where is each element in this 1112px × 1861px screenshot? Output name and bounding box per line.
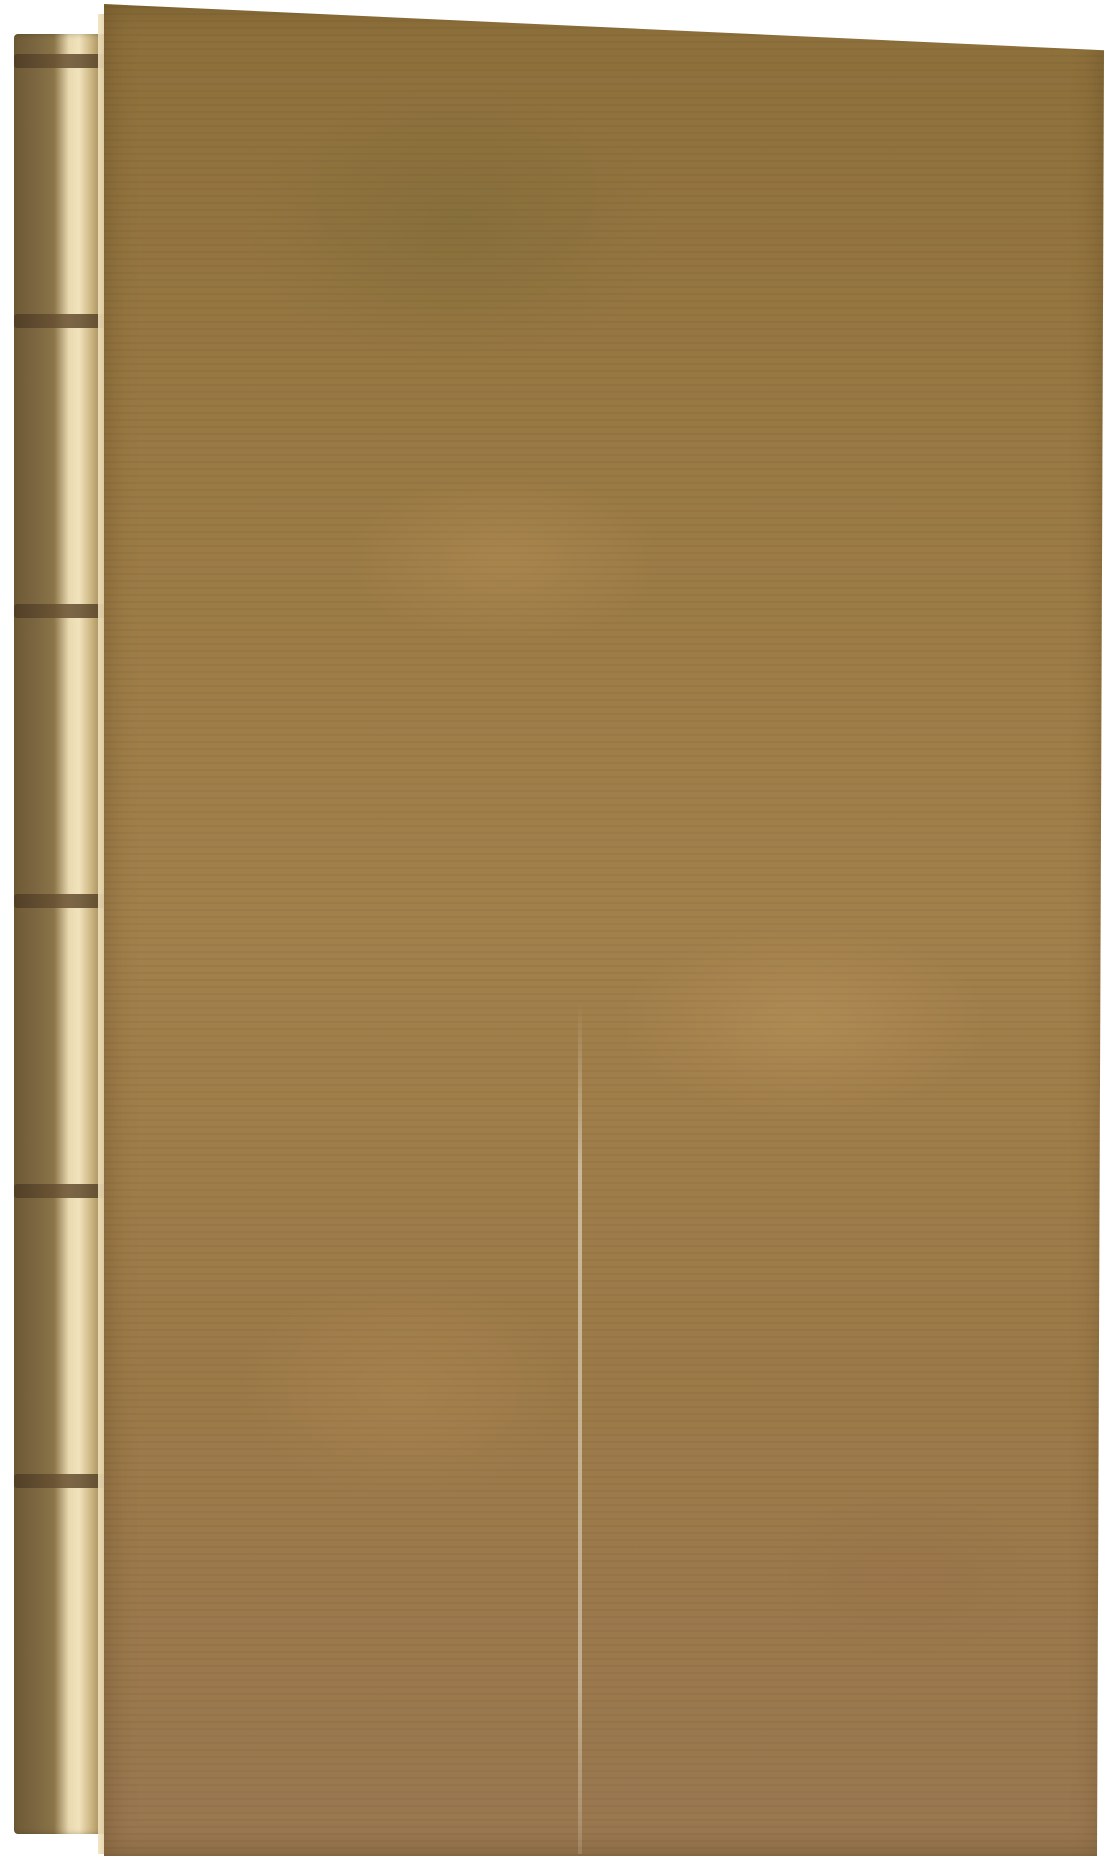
- cover-crack: [578, 1004, 582, 1854]
- book-front-cover: [104, 4, 1104, 1856]
- photo-scene: [0, 0, 1112, 1861]
- book: [8, 4, 1108, 1856]
